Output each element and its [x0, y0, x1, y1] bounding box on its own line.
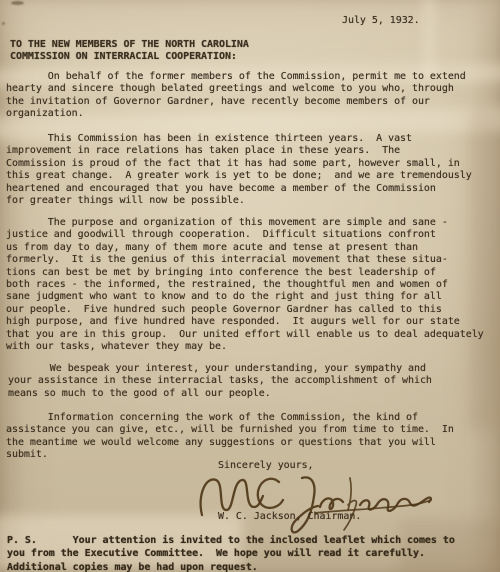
scanned-letter-page: July 5, 1932. TO THE NEW MEMBERS OF THE … [0, 0, 500, 572]
paper-speck [11, 1, 24, 5]
postscript: P. S. Your attention is invited to the i… [7, 534, 455, 572]
paragraph-5: Information concerning the work of the C… [6, 412, 454, 462]
paragraph-3: The purpose and organization of this mov… [6, 217, 484, 353]
typed-signature-name: W. C. Jackson, Chairman. [218, 511, 361, 523]
recipient-address: TO THE NEW MEMBERS OF THE NORTH CAROLINA… [10, 39, 249, 64]
paragraph-1: On behalf of the former members of the C… [6, 71, 466, 121]
letter-date: July 5, 1932. [342, 15, 420, 27]
paper-crease [424, 0, 434, 79]
paragraph-2: This Commission has been in existence th… [6, 133, 472, 207]
paragraph-4: We bespeak your interest, your understan… [8, 363, 432, 400]
paper-speck [2, 22, 5, 25]
